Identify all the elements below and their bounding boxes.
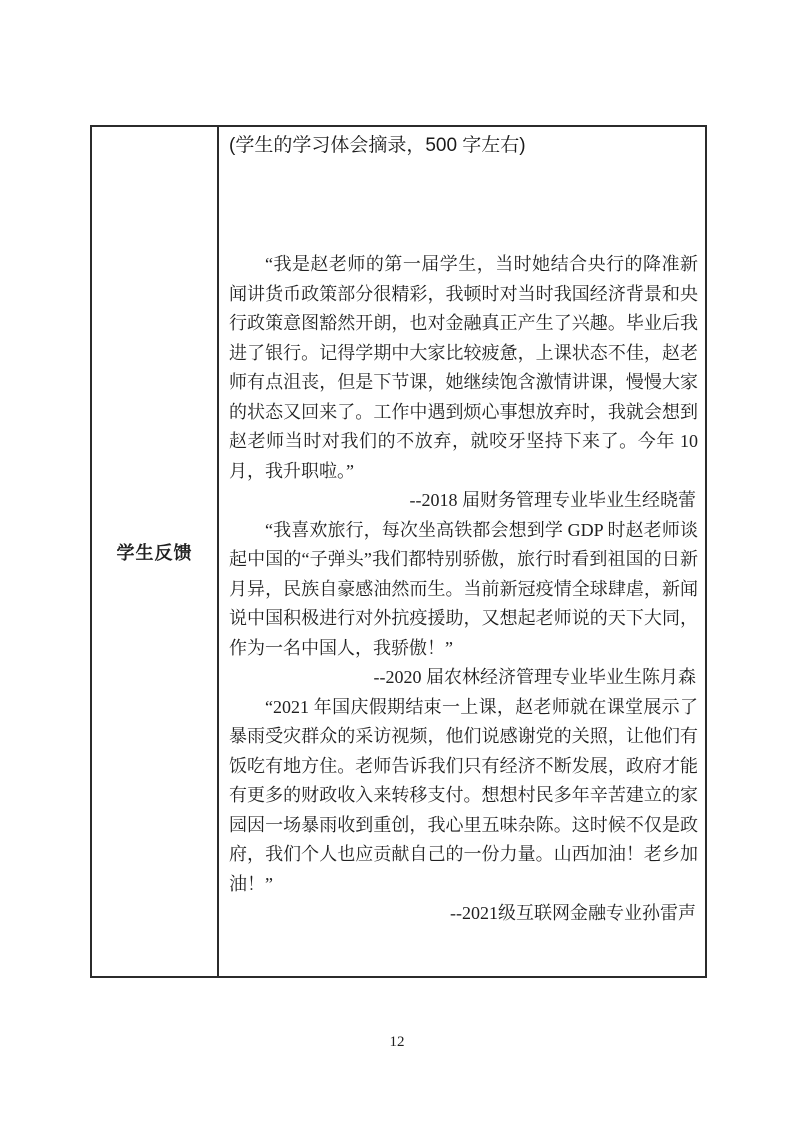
testimonial-list: “我是赵老师的第一届学生，当时她结合央行的降准新闻讲货币政策部分很精彩，我顿时对… bbox=[229, 250, 698, 929]
testimonial-quote: “2021 年国庆假期结束一上课，赵老师就在课堂展示了暴雨受灾群众的采访视频，他… bbox=[229, 693, 698, 900]
cell-heading: (学生的学习体会摘录，500 字左右) bbox=[229, 132, 698, 160]
page-number: 12 bbox=[0, 1034, 794, 1051]
row-label: 学生反馈 bbox=[117, 539, 193, 565]
feedback-content-cell: (学生的学习体会摘录，500 字左右) “我是赵老师的第一届学生，当时她结合央行… bbox=[219, 127, 705, 976]
row-label-cell: 学生反馈 bbox=[92, 127, 219, 976]
testimonial-quote: “我喜欢旅行，每次坐高铁都会想到学 GDP 时赵老师谈起中国的“子弹头”我们都特… bbox=[229, 516, 698, 664]
testimonial-attribution: --2018 届财务管理专业毕业生经晓蕾 bbox=[229, 486, 698, 516]
testimonial-attribution: --2021级互联网金融专业孙雷声 bbox=[229, 899, 698, 929]
student-feedback-table: 学生反馈 (学生的学习体会摘录，500 字左右) “我是赵老师的第一届学生，当时… bbox=[90, 125, 707, 978]
testimonial-attribution: --2020 届农林经济管理专业毕业生陈月森 bbox=[229, 663, 698, 693]
document-page: 学生反馈 (学生的学习体会摘录，500 字左右) “我是赵老师的第一届学生，当时… bbox=[0, 0, 794, 1123]
testimonial-quote: “我是赵老师的第一届学生，当时她结合央行的降准新闻讲货币政策部分很精彩，我顿时对… bbox=[229, 250, 698, 486]
